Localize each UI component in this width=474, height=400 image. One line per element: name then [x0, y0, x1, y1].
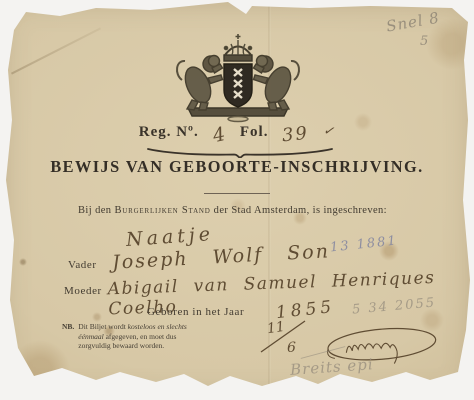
- intro-line: Bij den Burgerlijken Stand der Stad Amst…: [78, 205, 387, 216]
- scanned-birth-certificate: Snel 8 5: [0, 0, 474, 400]
- footnote-text: Dit Biljet wordt kosteloos en slechts éé…: [78, 322, 194, 351]
- folio-label: Fol.: [240, 124, 269, 141]
- corner-crease: [11, 27, 101, 74]
- father-label: Vader: [68, 259, 97, 271]
- aged-paper-sheet: Snel 8 5: [0, 0, 474, 400]
- check-mark: ✓: [322, 123, 336, 140]
- folio-value: 39: [281, 123, 310, 147]
- born-year-label: Geboren in het Jaar: [147, 306, 244, 318]
- mother-label: Moeder: [64, 285, 102, 297]
- title-divider: [204, 193, 270, 194]
- intro-post: der Stad Amsterdam, is ingeschreven:: [211, 205, 387, 216]
- footnote-label: NB.: [62, 322, 74, 351]
- pencil-date-annotation: 13 1881: [329, 233, 398, 255]
- reg-number-value: 4: [211, 123, 228, 147]
- intro-pre: Bij den: [78, 205, 114, 216]
- document-title: BEWIJS VAN GEBOORTE-INSCHRIJVING.: [9, 157, 464, 177]
- pencil-corner-note-line1: Snel 8: [385, 8, 441, 35]
- pencil-bottom-scribble: Breits epi: [289, 355, 374, 379]
- born-month-handwriting: 6: [287, 340, 296, 356]
- footnote-block: NB. Dit Biljet wordt kosteloos en slecht…: [62, 322, 194, 351]
- fraction-slash: [258, 318, 308, 354]
- amsterdam-coat-of-arms-icon: [168, 28, 308, 123]
- intro-smallcaps: Burgerlijken Stand: [114, 205, 210, 216]
- reg-number-label: Reg. Nº.: [139, 124, 199, 141]
- pencil-corner-note-line2: 5: [420, 34, 428, 49]
- registry-line: Reg. Nº. 4 Fol. 39 ✓: [0, 124, 474, 146]
